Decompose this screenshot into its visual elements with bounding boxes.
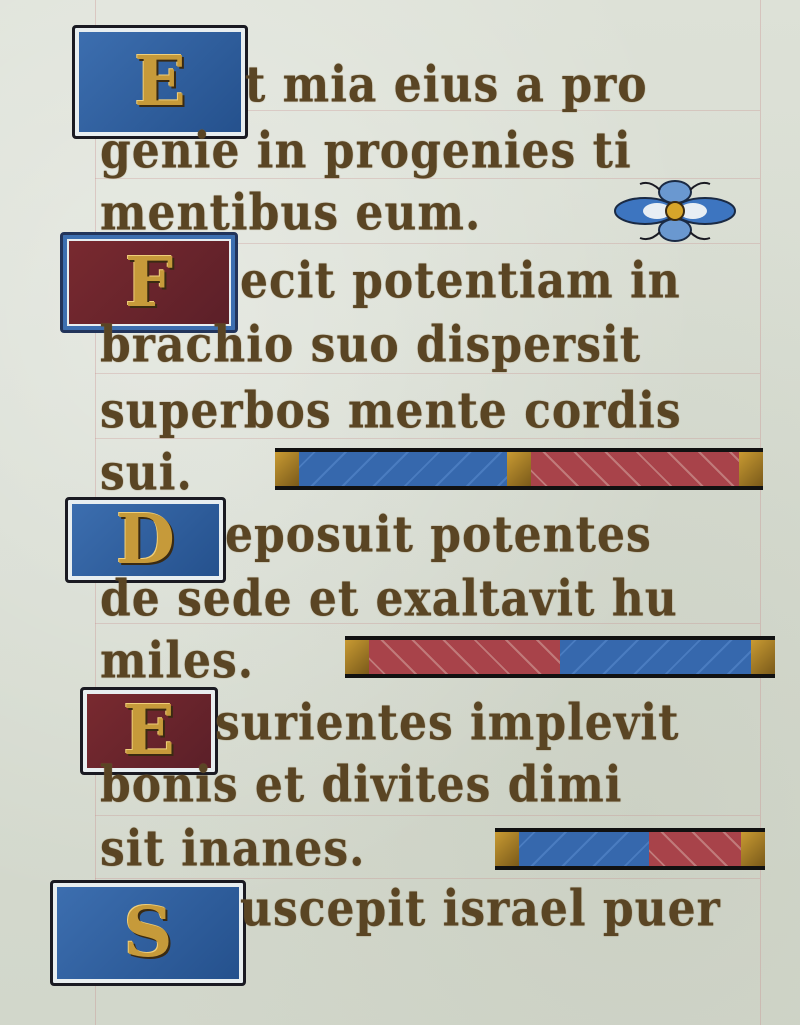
ruling-line [95,815,760,816]
filler-gold-cap [275,452,299,486]
filler-gold-cap [345,640,369,674]
text-line-13: sit inanes. [100,823,365,877]
ruling-line [95,878,760,879]
text-line-11: surientes implevit [215,697,679,751]
text-line-6: superbos mente cordis [100,385,682,439]
flower-ornament-icon [605,178,745,243]
text-line-9: de sede et exaltavit hu [100,573,678,627]
text-line-2: genie in progenies ti [100,125,632,179]
initial-letter: E [134,42,186,122]
filler-red-segment [649,832,742,866]
text-line-12: bonis et divites dimi [100,759,622,813]
filler-gold-cap [507,452,531,486]
initial-letter: D [116,500,175,580]
filler-red-segment [369,640,560,674]
line-filler-3 [495,828,765,870]
text-line-14: uscepit israel puer [240,883,721,937]
filler-blue-segment [519,832,649,866]
initial-letter: F [125,243,173,323]
text-line-3: mentibus eum. [100,187,481,241]
filler-blue-segment [560,640,751,674]
filler-gold-cap [495,832,519,866]
manuscript-page: E F D E S t mia eius a pro genie in prog… [0,0,800,1025]
text-line-4: ecit potentiam in [240,255,681,309]
text-line-1: t mia eius a pro [245,59,648,113]
text-line-8: eposuit potentes [225,509,652,563]
filler-gold-cap [751,640,775,674]
filler-blue-segment [299,452,507,486]
line-filler-2 [345,636,775,678]
filler-red-segment [531,452,739,486]
initial-s: S [50,880,246,986]
initial-letter: S [123,893,172,973]
filler-gold-cap [741,832,765,866]
filler-gold-cap [739,452,763,486]
text-line-7: sui. [100,447,193,501]
ruling-line-right [760,0,761,1025]
text-line-10: miles. [100,635,254,689]
line-filler-1 [275,448,763,490]
text-line-5: brachio suo dispersit [100,319,641,373]
